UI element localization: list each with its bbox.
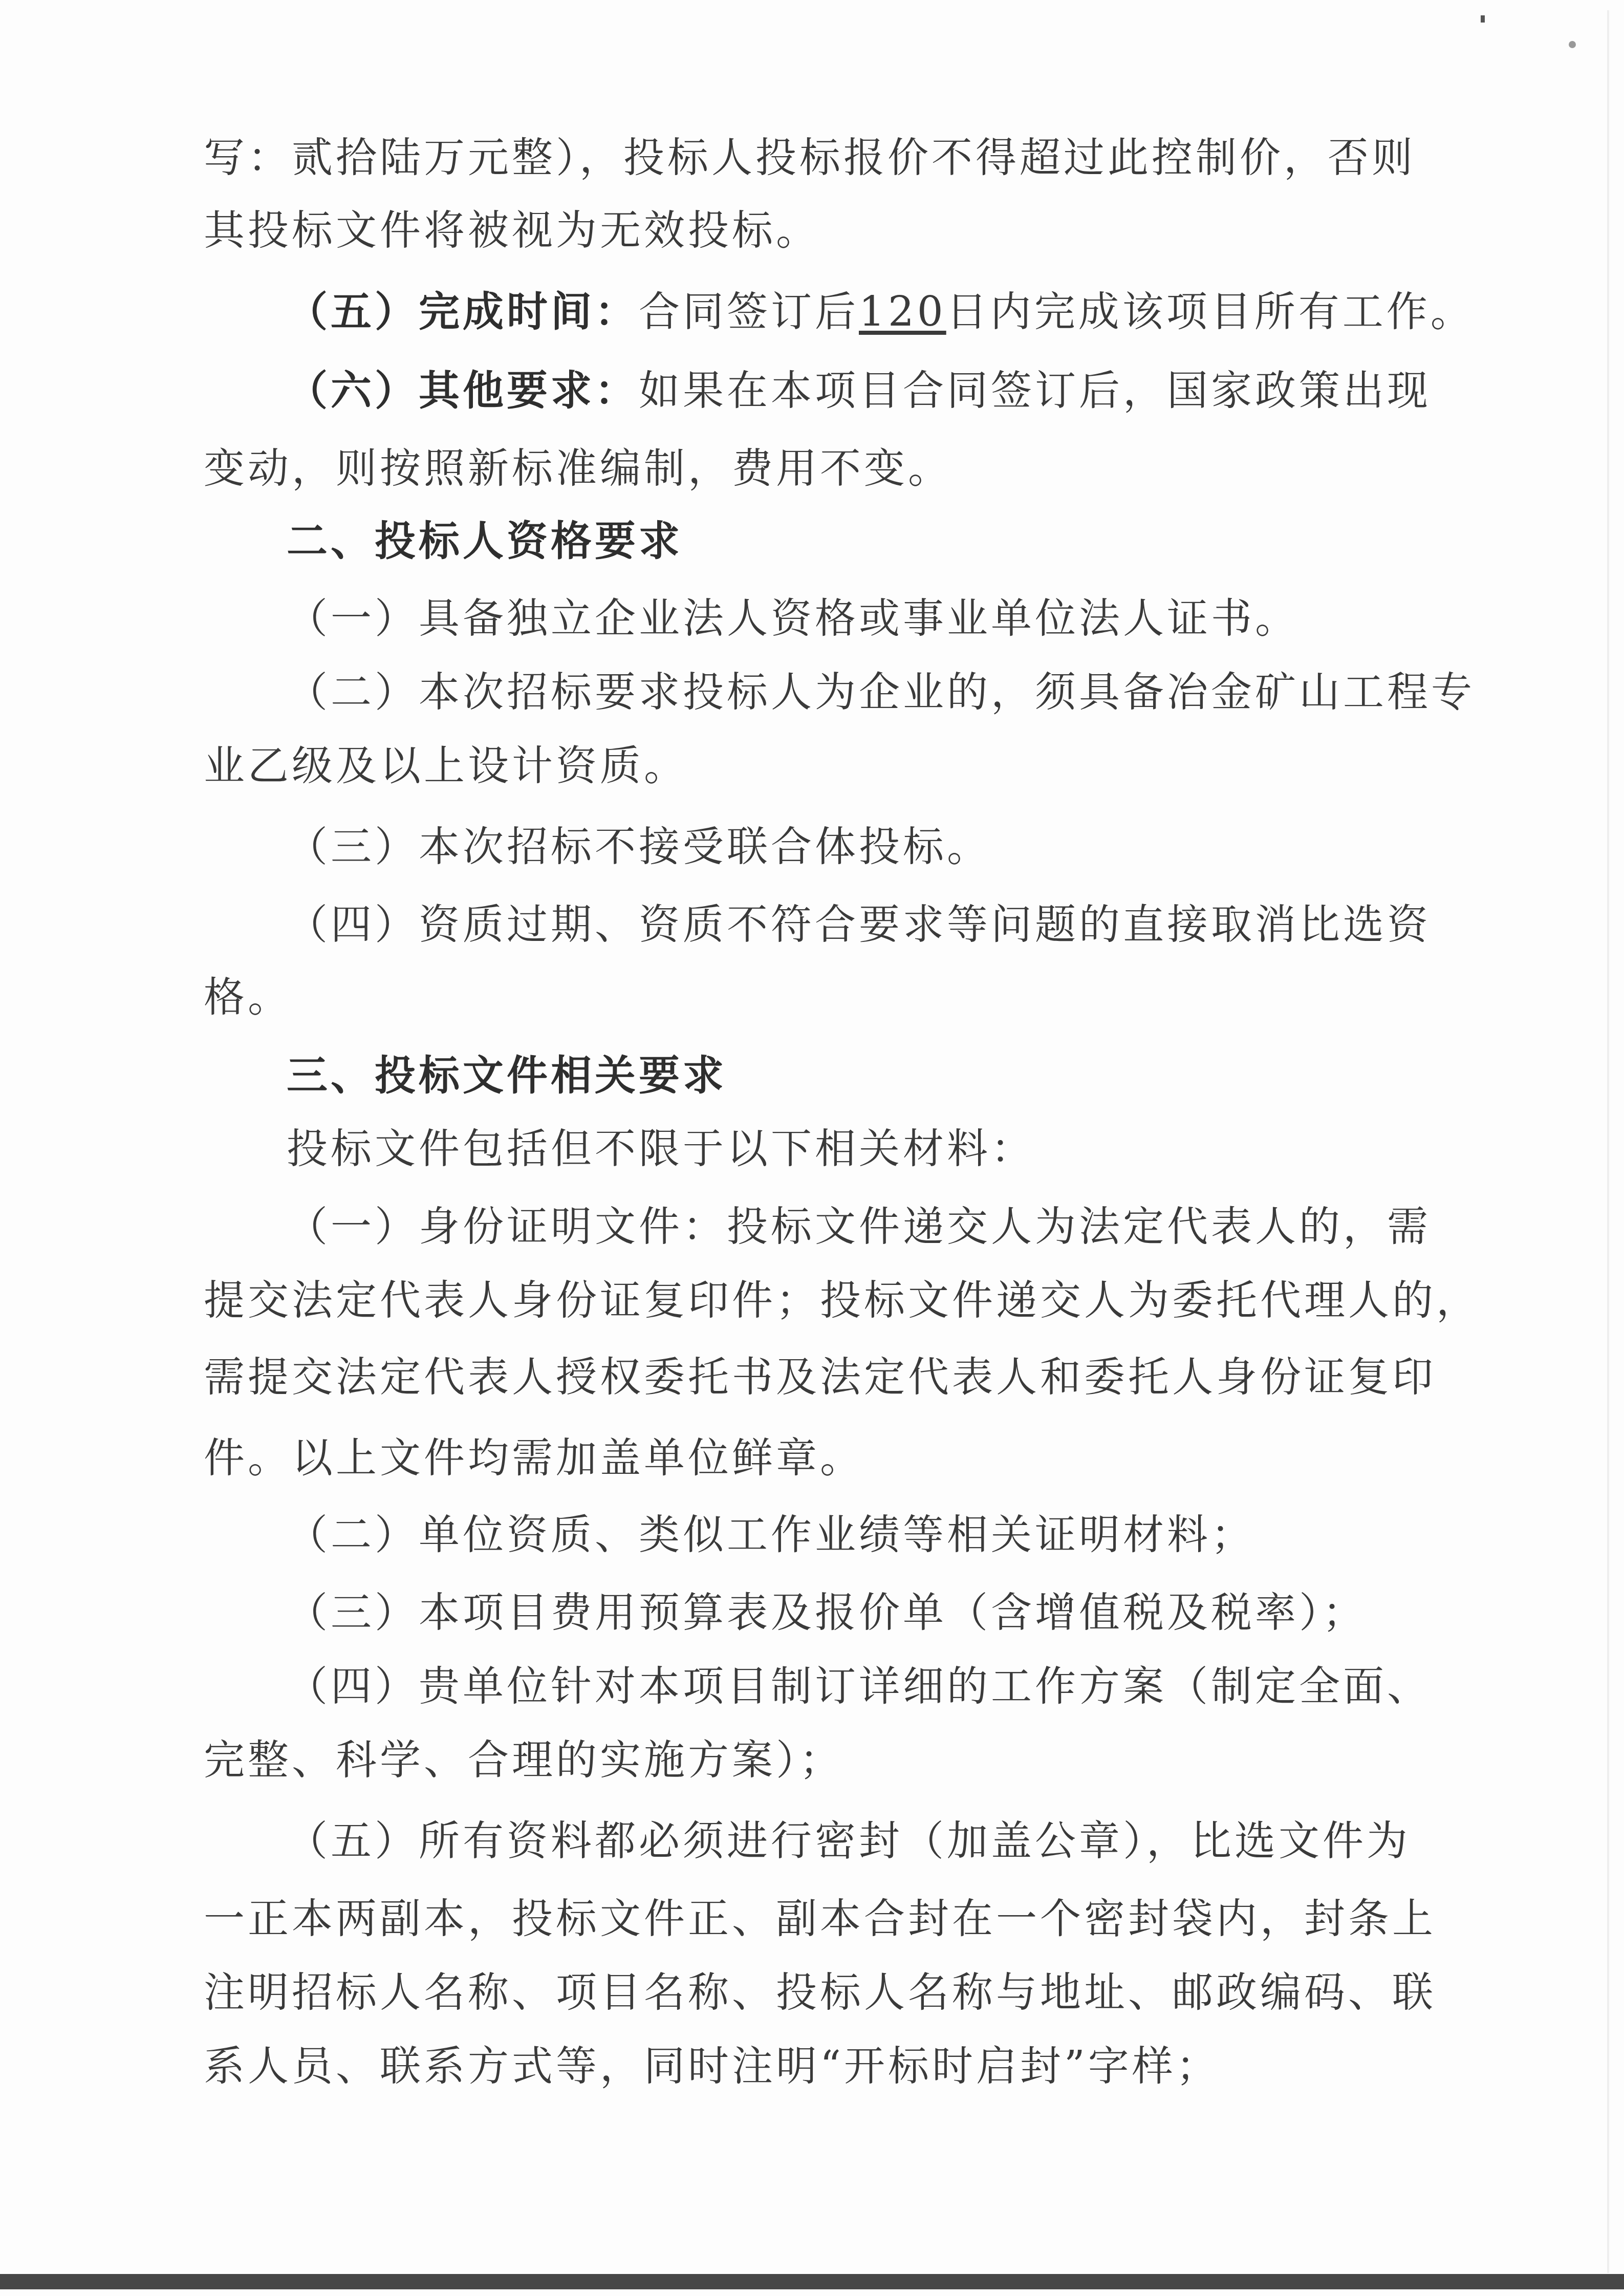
paragraph-line: 需提交法定代表人授权委托书及法定代表人和委托人身份证复印 [204,1351,1436,1403]
paragraph-line: （二）本次招标要求投标人为企业的，须具备冶金矿山工程专 [287,667,1475,718]
page-edge [1607,10,1609,2273]
scan-speck [1481,15,1485,23]
paragraph-line: （一）具备独立企业法人资格或事业单位法人证书。 [287,593,1299,644]
paragraph-line: 一正本两副本，投标文件正、副本合封在一个密封袋内，封条上 [204,1893,1436,1944]
other-requirements-line: （六）其他要求：如果在本项目合同签订后，国家政策出现 [287,364,1431,416]
paragraph-line: 其投标文件将被视为无效投标。 [204,205,820,256]
paragraph-line: 完整、科学、合理的实施方案）； [204,1734,843,1786]
text: 如果在本项目合同签订后，国家政策出现 [639,367,1431,414]
paragraph-line: （一）身份证明文件：投标文件递交人为法定代表人的，需 [287,1201,1431,1252]
paragraph-line: 件。以上文件均需加盖单位鲜章。 [204,1432,864,1484]
days-value: 120 [859,288,946,335]
paragraph-line: 注明招标人名称、项目名称、投标人名称与地址、邮政编码、联 [204,1967,1436,2018]
paragraph-line: （二）单位资质、类似工作业绩等相关证明材料； [287,1509,1255,1560]
scan-speck [1569,41,1576,48]
section-heading: 二、投标人资格要求 [287,515,683,566]
text: 日内完成该项目所有工作。 [946,288,1475,335]
scan-bottom-border [0,2274,1624,2289]
item-label: （五）完成时间： [287,287,639,335]
completion-time-line: （五）完成时间：合同签订后120日内完成该项目所有工作。 [287,286,1475,337]
item-label: （六）其他要求： [287,366,639,414]
paragraph-line: （四）资质过期、资质不符合要求等问题的直接取消比选资 [287,899,1431,950]
paragraph-line: 业乙级及以上设计资质。 [204,740,688,791]
section-heading: 三、投标文件相关要求 [287,1049,727,1101]
paragraph-line: （四）贵单位针对本项目制订详细的工作方案（制定全面、 [287,1661,1431,1712]
text: 合同签订后 [639,288,859,335]
paragraph-line: 格。 [204,972,292,1023]
paragraph-line: 变动，则按照新标准编制，费用不变。 [204,443,952,494]
paragraph-line: 提交法定代表人身份证复印件；投标文件递交人为委托代理人的， [204,1275,1480,1326]
paragraph-line: （三）本次招标不接受联合体投标。 [287,821,991,872]
paragraph-line: 系人员、联系方式等，同时注明“开标时启封”字样； [204,2041,1220,2092]
paragraph-line: （三）本项目费用预算表及报价单（含增值税及税率）； [287,1587,1367,1638]
paragraph-line: （五）所有资料都必须进行密封（加盖公章），比选文件为 [287,1815,1411,1866]
paragraph-line: 写：贰拾陆万元整），投标人投标报价不得超过此控制价，否则 [204,132,1416,183]
paragraph-line: 投标文件包括但不限于以下相关材料： [287,1123,1035,1174]
